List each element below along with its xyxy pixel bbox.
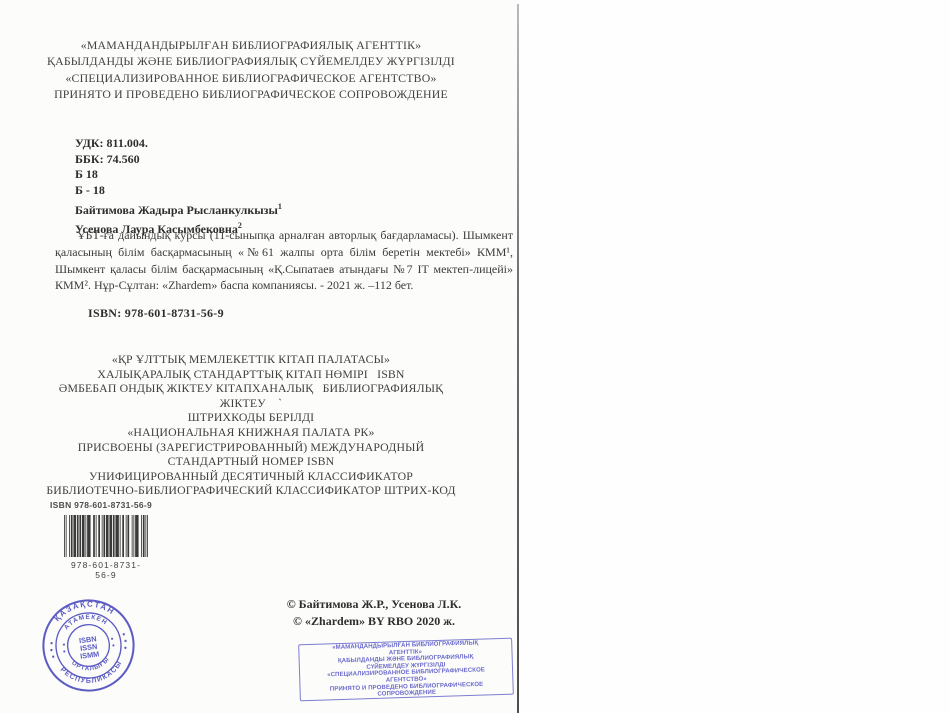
round-stamp: ҚАЗАҚСТАН РЕСПУБЛИКАСЫ АТАМЕКЕН ОРТАЛЫҒЫ… — [34, 591, 142, 699]
bbk-line: ББК: 74.560 — [75, 152, 148, 168]
copyright-line-authors: © Байтимова Ж.Р., Усенова Л.К. — [283, 596, 465, 613]
registration-line: ПРИСВОЕНЫ (ЗАРЕГИСТРИРОВАННЫЙ) МЕЖДУНАРО… — [10, 440, 492, 455]
registration-block: «ҚР ҰЛТТЫҚ МЕМЛЕКЕТТІК КІТАП ПАЛАТАСЫ» Х… — [10, 352, 492, 498]
rect-stamp-text: «МАМАНДАНДЫРЫЛҒАН БИБЛИОГРАФИЯЛЫҚ АГЕНТТ… — [320, 639, 491, 699]
author1-text: Байтимова Жадыра Рысланкулкызы — [75, 203, 278, 217]
header-line: «МАМАНДАНДЫРЫЛҒАН БИБЛИОГРАФИЯЛЫҚ АГЕНТТ… — [15, 37, 487, 53]
barcode-number: 978-601-8731-56-9 — [64, 560, 148, 580]
book-code-line: Б 18 — [75, 167, 148, 183]
catalog-code: Б - 18 — [75, 183, 282, 199]
author1-footnote-mark: 1 — [278, 202, 282, 211]
seal-center-ismm: ISMM — [80, 649, 100, 660]
header-line: «СПЕЦИАЛИЗИРОВАННОЕ БИБЛИОГРАФИЧЕСКОЕ АГ… — [15, 70, 487, 86]
scanned-imprint-page: «МАМАНДАНДЫРЫЛҒАН БИБЛИОГРАФИЯЛЫҚ АГЕНТТ… — [0, 0, 950, 713]
registration-line: «НАЦИОНАЛЬНАЯ КНИЖНАЯ ПАЛАТА РК» — [10, 425, 492, 440]
registration-line: ХАЛЫҚАРАЛЫҚ СТАНДАРТТЫҚ КІТАП НӨМІРІ ISB… — [10, 367, 492, 382]
registration-line: СТАНДАРТНЫЙ НОМЕР ISBN — [10, 454, 492, 469]
isbn-line: ISBN: 978-601-8731-56-9 — [88, 306, 224, 321]
header-line: ПРИНЯТО И ПРОВЕДЕНО БИБЛИОГРАФИЧЕСКОЕ СО… — [15, 86, 487, 102]
barcode: 978-601-8731-56-9 — [64, 515, 148, 580]
author-name: Байтимова Жадыра Рысланкулкызы1 — [75, 199, 282, 219]
seal-outer-bottom-text: РЕСПУБЛИКАСЫ — [58, 659, 126, 689]
barcode-svg — [64, 515, 148, 557]
registration-line: БИБЛИОТЕЧНО-БИБЛИОГРАФИЧЕСКИЙ КЛАССИФИКА… — [10, 483, 492, 498]
registration-line: УНИФИЦИРОВАННЫЙ ДЕСЯТИЧНЫЙ КЛАССИФИКАТОР — [10, 469, 492, 484]
classification-block: УДК: 811.004. ББК: 74.560 Б 18 — [75, 136, 148, 183]
copyright-line-publisher: © «Zhardem» BY RBO 2020 ж. — [283, 613, 465, 630]
rect-stamp: «МАМАНДАНДЫРЫЛҒАН БИБЛИОГРАФИЯЛЫҚ АГЕНТТ… — [298, 638, 514, 702]
round-stamp-svg: ҚАЗАҚСТАН РЕСПУБЛИКАСЫ АТАМЕКЕН ОРТАЛЫҒЫ… — [34, 591, 142, 699]
barcode-isbn-label: ISBN 978-601-8731-56-9 — [50, 500, 152, 510]
agency-header-block: «МАМАНДАНДЫРЫЛҒАН БИБЛИОГРАФИЯЛЫҚ АГЕНТТ… — [15, 37, 487, 103]
udc-line: УДК: 811.004. — [75, 136, 148, 152]
header-line: ҚАБЫЛДАНДЫ ЖӘНЕ БИБЛИОГРАФИЯЛЫҚ СҮЙЕМЕЛД… — [15, 53, 487, 69]
page-scan: «МАМАНДАНДЫРЫЛҒАН БИБЛИОГРАФИЯЛЫҚ АГЕНТТ… — [0, 0, 518, 713]
registration-line: «ҚР ҰЛТТЫҚ МЕМЛЕКЕТТІК КІТАП ПАЛАТАСЫ» — [10, 352, 492, 367]
registration-line: ӘМБЕБАП ОНДЫҚ ЖІКТЕУ КІТАПХАНАЛЫҚ БИБЛИО… — [10, 381, 492, 396]
copyright-block: © Байтимова Ж.Р., Усенова Л.К. © «Zharde… — [283, 596, 465, 630]
annotation-paragraph: ҰБТ-ға дайындық курсы (11-сыныпқа арналғ… — [55, 227, 513, 294]
page-edge-line — [517, 4, 519, 713]
registration-line: ШТРИХКОДЫ БЕРІЛДІ — [10, 410, 492, 425]
registration-line: ЖІКТЕУ ` — [10, 396, 492, 411]
svg-text:РЕСПУБЛИКАСЫ: РЕСПУБЛИКАСЫ — [58, 659, 126, 689]
